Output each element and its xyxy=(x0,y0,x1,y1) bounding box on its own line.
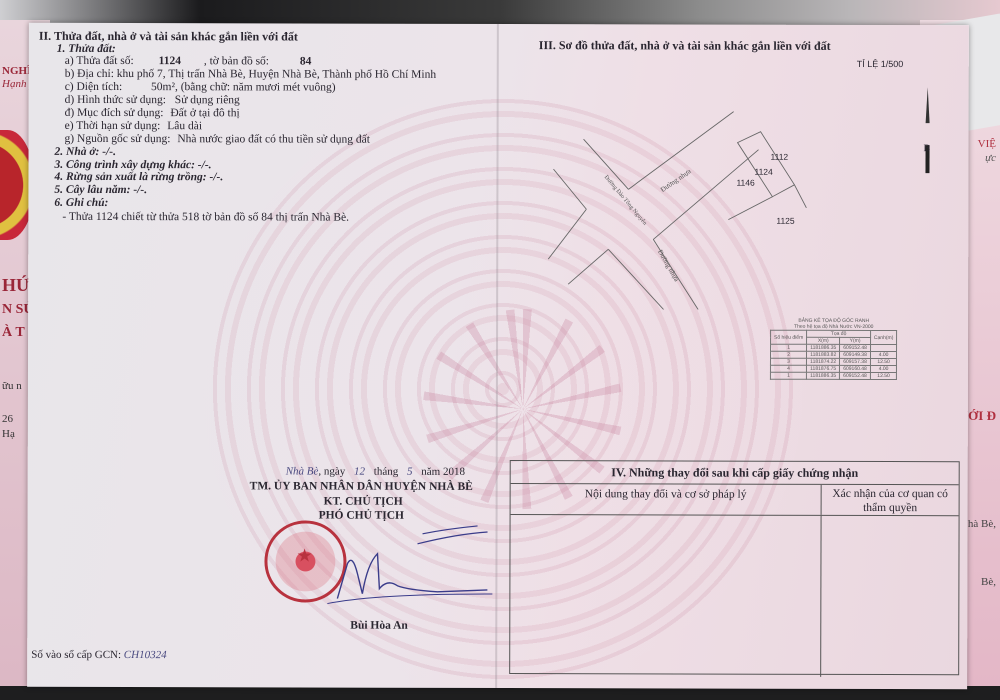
coord-row: 11181886.35609152.4812.50 xyxy=(770,372,896,379)
area-value: 50m², (bằng chữ: năm mươi mét vuông) xyxy=(151,81,336,93)
coord-cell-edge: 4.00 xyxy=(870,351,896,358)
star-icon: ★ xyxy=(296,545,312,566)
coord-header-point: Số hiệu điểm xyxy=(771,330,807,344)
term-label: e) Thời hạn sử dụng: xyxy=(65,120,161,132)
signature-scribble xyxy=(317,494,517,615)
coord-cell-y: 609160.48 xyxy=(840,365,871,372)
changes-table: IV. Những thay đổi sau khi cấp giấy chứn… xyxy=(509,460,960,675)
coord-row: 11181886.35609152.48 xyxy=(771,344,897,351)
parcel-row: a) Thửa đất số: 1124 , tờ bản đồ số: 84 xyxy=(65,55,312,69)
parcel-label: a) Thửa đất số: xyxy=(65,55,134,67)
date-month-label: tháng xyxy=(374,466,398,478)
coord-subheader-y: Y(m) xyxy=(840,337,871,344)
land-use-certificate-sheet: II. Thửa đất, nhà ở và tài sản khác gắn … xyxy=(27,23,969,689)
coord-row: 21181883.82609149.384.00 xyxy=(770,351,896,358)
bg-left-text: ữu n xyxy=(2,380,22,392)
registry-row: Số vào sổ cấp GCN: CH10324 xyxy=(31,649,166,662)
bg-left-text: Hạ xyxy=(2,428,15,440)
area-label: c) Diện tích: xyxy=(65,81,123,93)
use-form-label: d) Hình thức sử dụng: xyxy=(65,94,166,106)
col-authority-confirmation: Xác nhận của cơ quan có thẩm quyền xyxy=(822,485,959,515)
coord-cell-x: 1181886.35 xyxy=(807,372,840,379)
issuing-authority: TM. ỦY BAN NHÂN DÂN HUYỆN NHÀ BÈ xyxy=(250,480,473,494)
note-text: - Thửa 1124 chiết từ thửa 518 tờ bản đồ … xyxy=(62,211,349,225)
north-arrow-icon xyxy=(920,85,934,175)
date-place: Nhà Bè xyxy=(286,465,319,477)
use-form-row: d) Hình thức sử dụng: Sử dụng riêng xyxy=(65,94,240,107)
area-row: c) Diện tích: 50m², (bằng chữ: năm mươi … xyxy=(65,81,336,95)
production-forest-item: 4. Rừng sản xuất là rừng trồng: -/-. xyxy=(54,171,223,184)
authority-confirmation-cell xyxy=(821,516,958,674)
origin-value: Nhà nước giao đất có thu tiền sử dụng đấ… xyxy=(177,133,370,146)
coordinate-table: BẢNG KÊ TỌA ĐỘ GÓC RANH Theo hệ tọa độ N… xyxy=(770,318,897,380)
date-day-label: , ngày xyxy=(318,466,345,478)
signer-name: Bùi Hòa An xyxy=(350,620,408,633)
term-row: e) Thời hạn sử dụng: Lâu dài xyxy=(65,120,203,133)
origin-label: g) Nguồn gốc sử dụng: xyxy=(65,133,171,145)
coord-cell-x: 1181876.75 xyxy=(807,365,840,372)
date-year: 2018 xyxy=(443,466,465,478)
use-purpose-label: đ) Mục đích sử dụng: xyxy=(65,107,164,119)
notes-heading: 6. Ghi chú: xyxy=(54,197,108,210)
coord-cell-point: 1 xyxy=(770,372,806,379)
perennial-trees-item: 5. Cây lâu năm: -/-. xyxy=(54,184,147,197)
section-iii-title: III. Sơ đồ thửa đất, nhà ở và tài sản kh… xyxy=(539,39,831,53)
origin-row: g) Nguồn gốc sử dụng: Nhà nước giao đất … xyxy=(65,133,370,147)
date-day: 12 xyxy=(354,466,365,478)
coord-cell-x: 1181883.82 xyxy=(807,351,840,358)
coord-cell-edge: 12.50 xyxy=(870,372,896,379)
change-content-cell xyxy=(510,515,821,677)
bg-left-text: 26 xyxy=(2,413,13,425)
bg-right-text: ực xyxy=(985,152,996,164)
use-purpose-row: đ) Mục đích sử dụng: Đất ở tại đô thị xyxy=(65,107,240,120)
house-item: 2. Nhà ở: -/-. xyxy=(55,146,116,159)
neighbor-parcel: 1125 xyxy=(776,215,794,228)
date-year-label: năm xyxy=(421,466,440,478)
coord-header-edge: Cạnh(m) xyxy=(870,330,896,344)
map-scale: TỈ LỆ 1/500 xyxy=(857,58,904,71)
address-label: b) Địa chỉ: xyxy=(65,68,114,80)
neighbor-parcel: 1112 xyxy=(771,151,789,164)
registry-label: Số vào sổ cấp GCN: xyxy=(31,649,121,661)
coord-cell-x: 1181874.22 xyxy=(807,358,840,365)
coord-cell-y: 609152.48 xyxy=(840,344,871,351)
parcel-label-map: 1124 xyxy=(754,166,772,179)
col-change-content: Nội dung thay đổi và cơ sở pháp lý xyxy=(511,484,822,515)
bg-left-text: À T xyxy=(2,325,25,341)
parcel-number: 1124 xyxy=(159,55,181,67)
registry-number: CH10324 xyxy=(124,649,167,661)
address-value: khu phố 7, Thị trấn Nhà Bè, Huyện Nhà Bè… xyxy=(117,68,436,81)
coord-cell-edge xyxy=(870,344,896,351)
use-purpose-value: Đất ở tại đô thị xyxy=(170,107,239,119)
coord-cell-edge: 4.00 xyxy=(870,365,896,372)
section-ii-title: II. Thửa đất, nhà ở và tài sản khác gắn … xyxy=(39,30,298,44)
coord-cell-edge: 12.50 xyxy=(870,358,896,365)
use-form-value: Sử dụng riêng xyxy=(175,94,240,106)
neighbor-parcel: 1146 xyxy=(736,177,754,190)
map-sheet-label: , tờ bản đồ số: xyxy=(204,55,269,67)
bg-right-text: VIỆ xyxy=(978,138,996,150)
address-row: b) Địa chỉ: khu phố 7, Thị trấn Nhà Bè, … xyxy=(65,68,436,82)
map-sheet-number: 84 xyxy=(300,55,312,67)
coord-cell-y: 609157.38 xyxy=(840,358,871,365)
date-month: 5 xyxy=(407,466,413,478)
bg-right-text: Bè, xyxy=(981,576,996,588)
changes-title: IV. Những thay đổi sau khi cấp giấy chứn… xyxy=(511,461,959,485)
signature-date: Nhà Bè, ngày 12 tháng 5 năm 2018 xyxy=(286,465,465,478)
term-value: Lâu dài xyxy=(167,120,202,132)
bg-left-text: HỨ xyxy=(2,275,30,296)
coord-row: 31181874.22609157.3812.50 xyxy=(770,358,896,365)
coord-row: 41181876.75609160.484.00 xyxy=(770,365,896,372)
north-label: B xyxy=(924,142,931,155)
coord-cell-y: 609149.38 xyxy=(840,351,871,358)
coord-cell-x: 1181886.35 xyxy=(807,344,840,351)
coord-cell-y: 609152.48 xyxy=(840,372,871,379)
